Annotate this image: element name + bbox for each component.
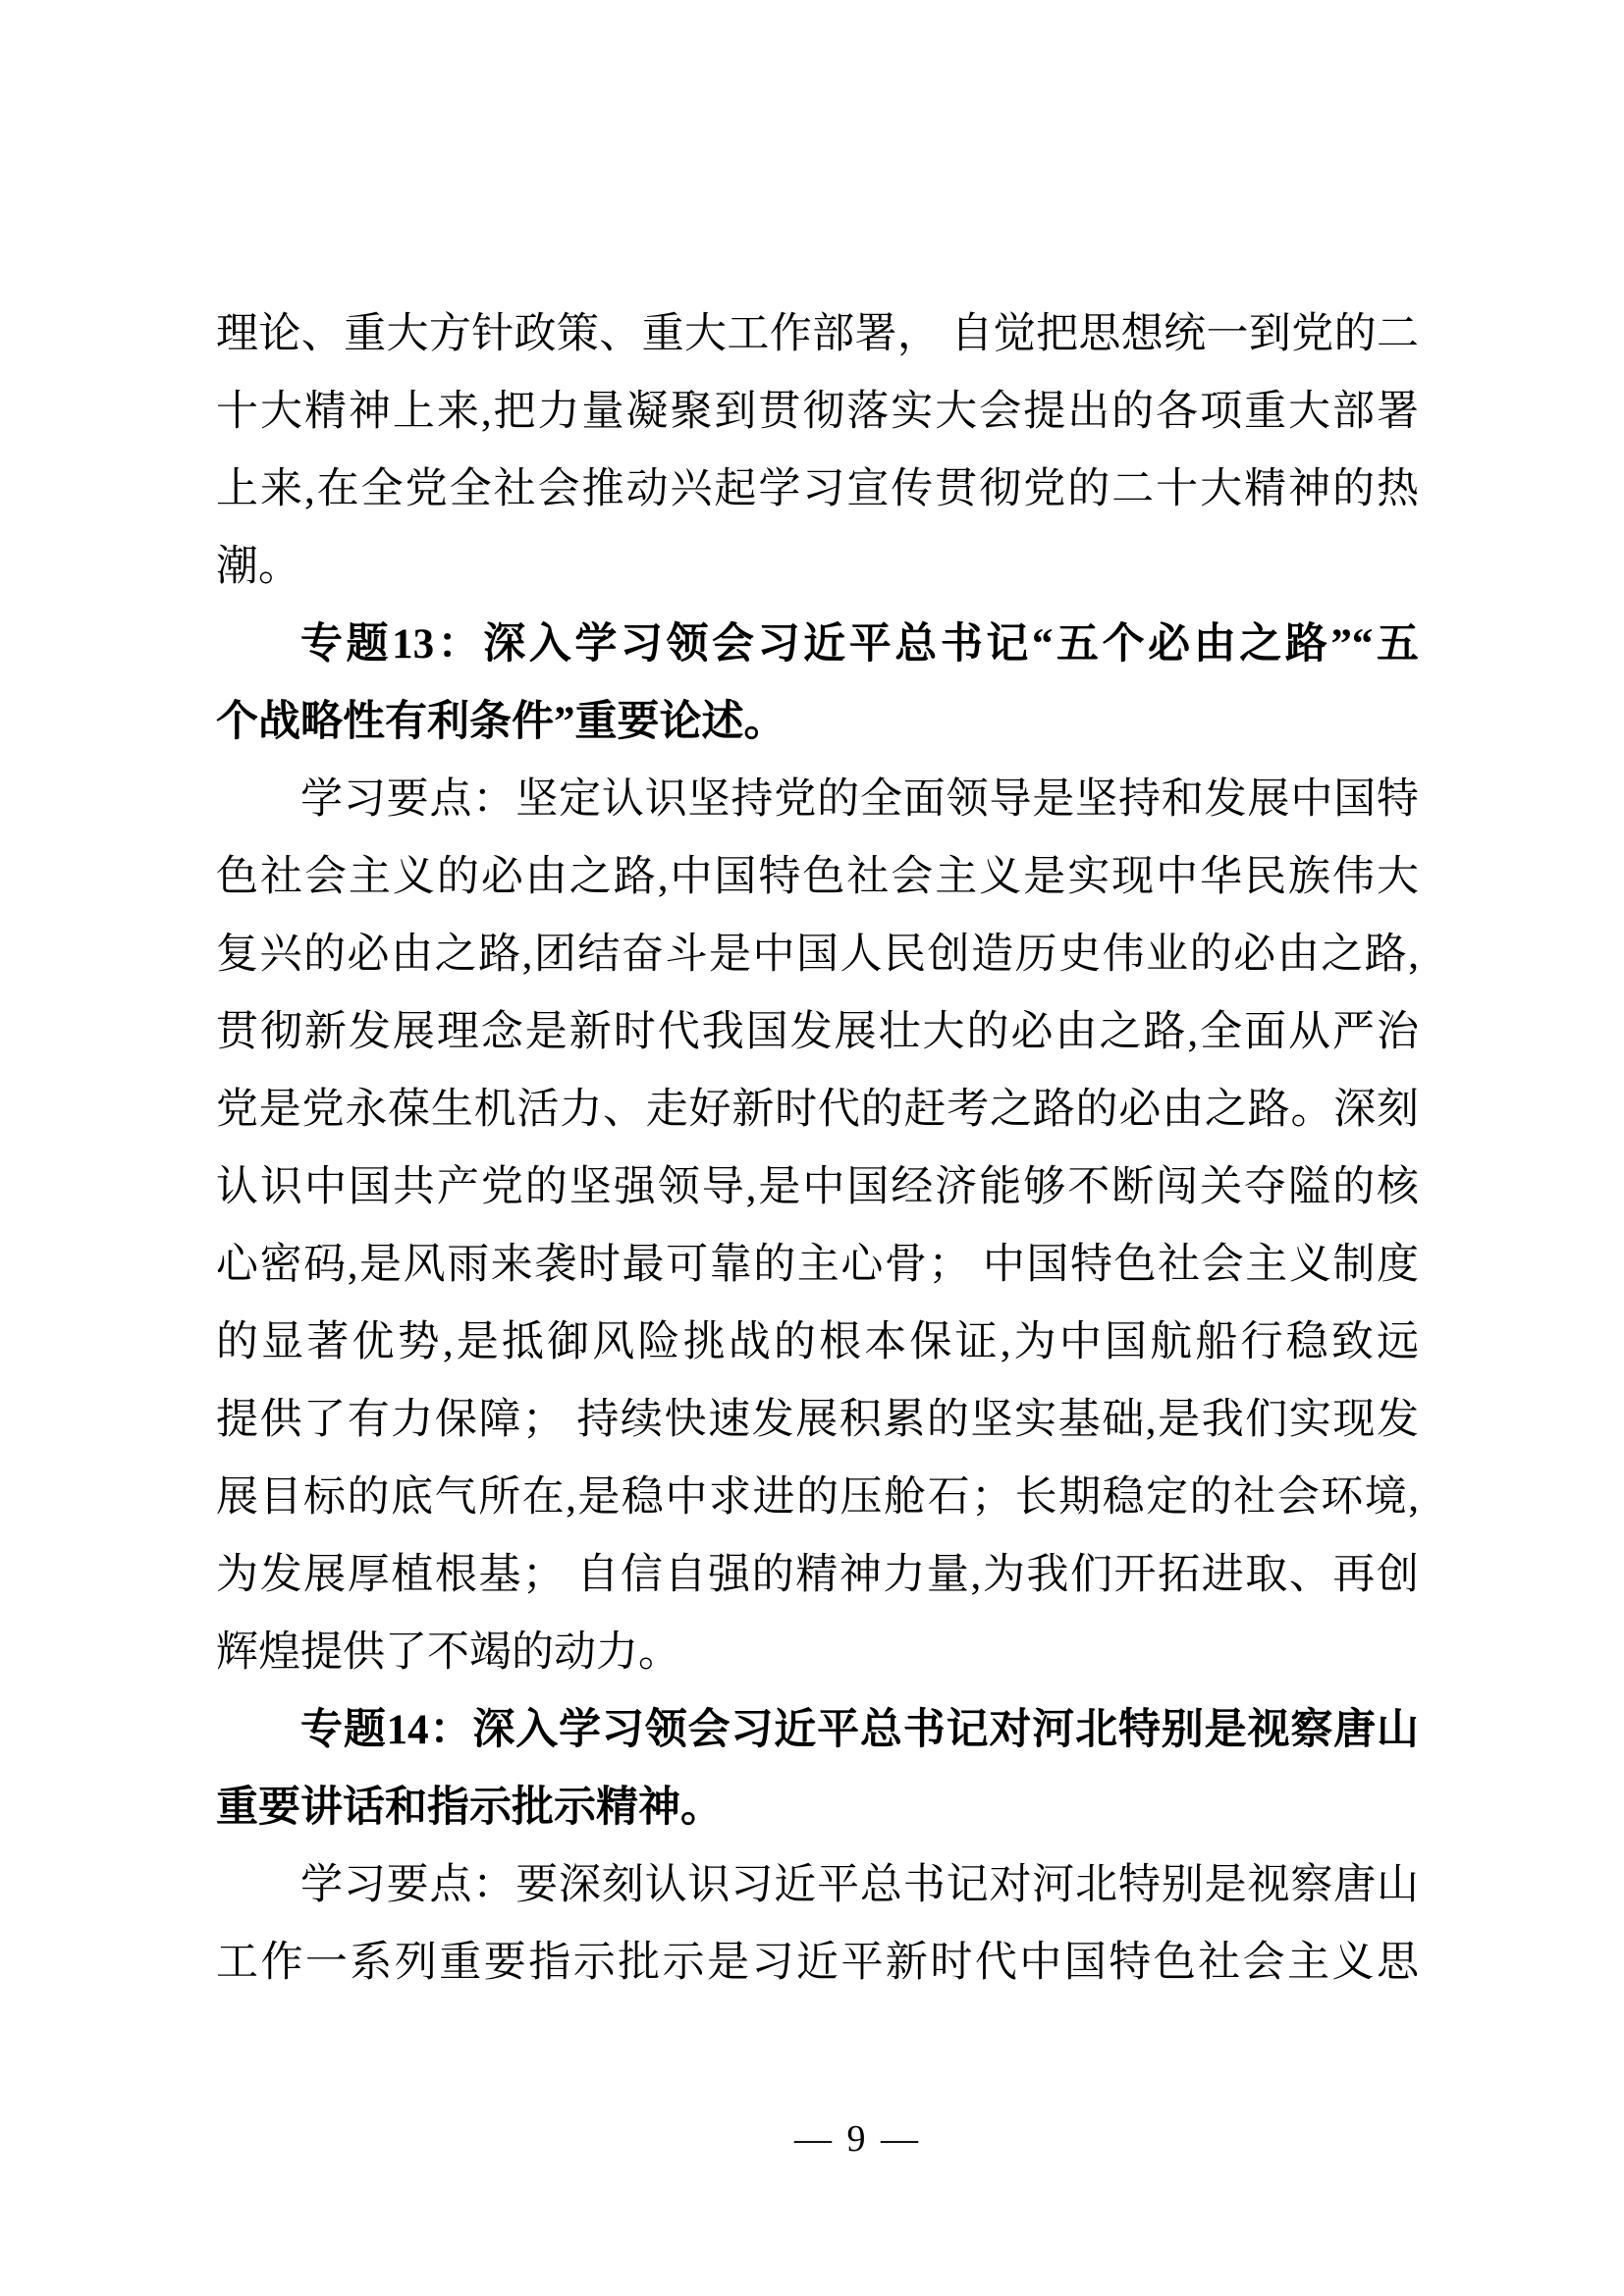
text-line: 学习要点：要深刻认识习近平总书记对河北特别是视察唐山: [216, 1846, 1419, 1924]
page-number: — 9 —: [794, 2118, 918, 2160]
text-line: 提供了有力保障； 持续快速发展积累的坚实基础,是我们实现发: [216, 1381, 1419, 1459]
document-text-block: 理论、重大方针政策、重大工作部署， 自觉把思想统一到党的二十大精神上来,把力量凝…: [216, 295, 1419, 2002]
paragraph-topic-14-points: 学习要点：要深刻认识习近平总书记对河北特别是视察唐山工作一系列重要指示批示是习近…: [216, 1846, 1419, 2002]
text-line: 的显著优势,是抵御风险挑战的根本保证,为中国航船行稳致远: [216, 1304, 1419, 1381]
text-line: 为发展厚植根基； 自信自强的精神力量,为我们开拓进取、再创: [216, 1536, 1419, 1614]
paragraph-continuation: 理论、重大方针政策、重大工作部署， 自觉把思想统一到党的二十大精神上来,把力量凝…: [216, 295, 1419, 606]
text-line: 色社会主义的必由之路,中国特色社会主义是实现中华民族伟大: [216, 838, 1419, 916]
text-line: 重要讲话和指示批示精神。: [216, 1769, 1419, 1846]
text-line: 复兴的必由之路,团结奋斗是中国人民创造历史伟业的必由之路,: [216, 916, 1419, 993]
text-line: 上来,在全党全社会推动兴起学习宣传贯彻党的二十大精神的热: [216, 451, 1419, 528]
text-line: 个战略性有利条件”重要论述。: [216, 683, 1419, 761]
text-line: 理论、重大方针政策、重大工作部署， 自觉把思想统一到党的二: [216, 295, 1419, 373]
paragraph-topic-14-heading: 专题14：深入学习领会习近平总书记对河北特别是视察唐山重要讲话和指示批示精神。: [216, 1691, 1419, 1846]
text-line: 贯彻新发展理念是新时代我国发展壮大的必由之路,全面从严治: [216, 993, 1419, 1071]
paragraph-topic-13-points: 学习要点：坚定认识坚持党的全面领导是坚持和发展中国特色社会主义的必由之路,中国特…: [216, 761, 1419, 1691]
text-line: 党是党永葆生机活力、走好新时代的赶考之路的必由之路。深刻: [216, 1071, 1419, 1148]
text-line: 展目标的底气所在,是稳中求进的压舱石；长期稳定的社会环境,: [216, 1459, 1419, 1536]
paragraph-topic-13-heading: 专题13：深入学习领会习近平总书记“五个必由之路”“五个战略性有利条件”重要论述…: [216, 606, 1419, 761]
text-line: 专题14：深入学习领会习近平总书记对河北特别是视察唐山: [216, 1691, 1419, 1769]
document-page: 理论、重大方针政策、重大工作部署， 自觉把思想统一到党的二十大精神上来,把力量凝…: [0, 0, 1624, 2296]
text-line: 心密码,是风雨来袭时最可靠的主心骨； 中国特色社会主义制度: [216, 1226, 1419, 1304]
text-line: 辉煌提供了不竭的动力。: [216, 1614, 1419, 1691]
text-line: 工作一系列重要指示批示是习近平新时代中国特色社会主义思: [216, 1924, 1419, 2002]
text-line: 十大精神上来,把力量凝聚到贯彻落实大会提出的各项重大部署: [216, 373, 1419, 451]
text-line: 潮。: [216, 528, 1419, 606]
text-line: 认识中国共产党的坚强领导,是中国经济能够不断闯关夺隘的核: [216, 1148, 1419, 1226]
text-line: 学习要点：坚定认识坚持党的全面领导是坚持和发展中国特: [216, 761, 1419, 838]
text-line: 专题13：深入学习领会习近平总书记“五个必由之路”“五: [216, 606, 1419, 683]
